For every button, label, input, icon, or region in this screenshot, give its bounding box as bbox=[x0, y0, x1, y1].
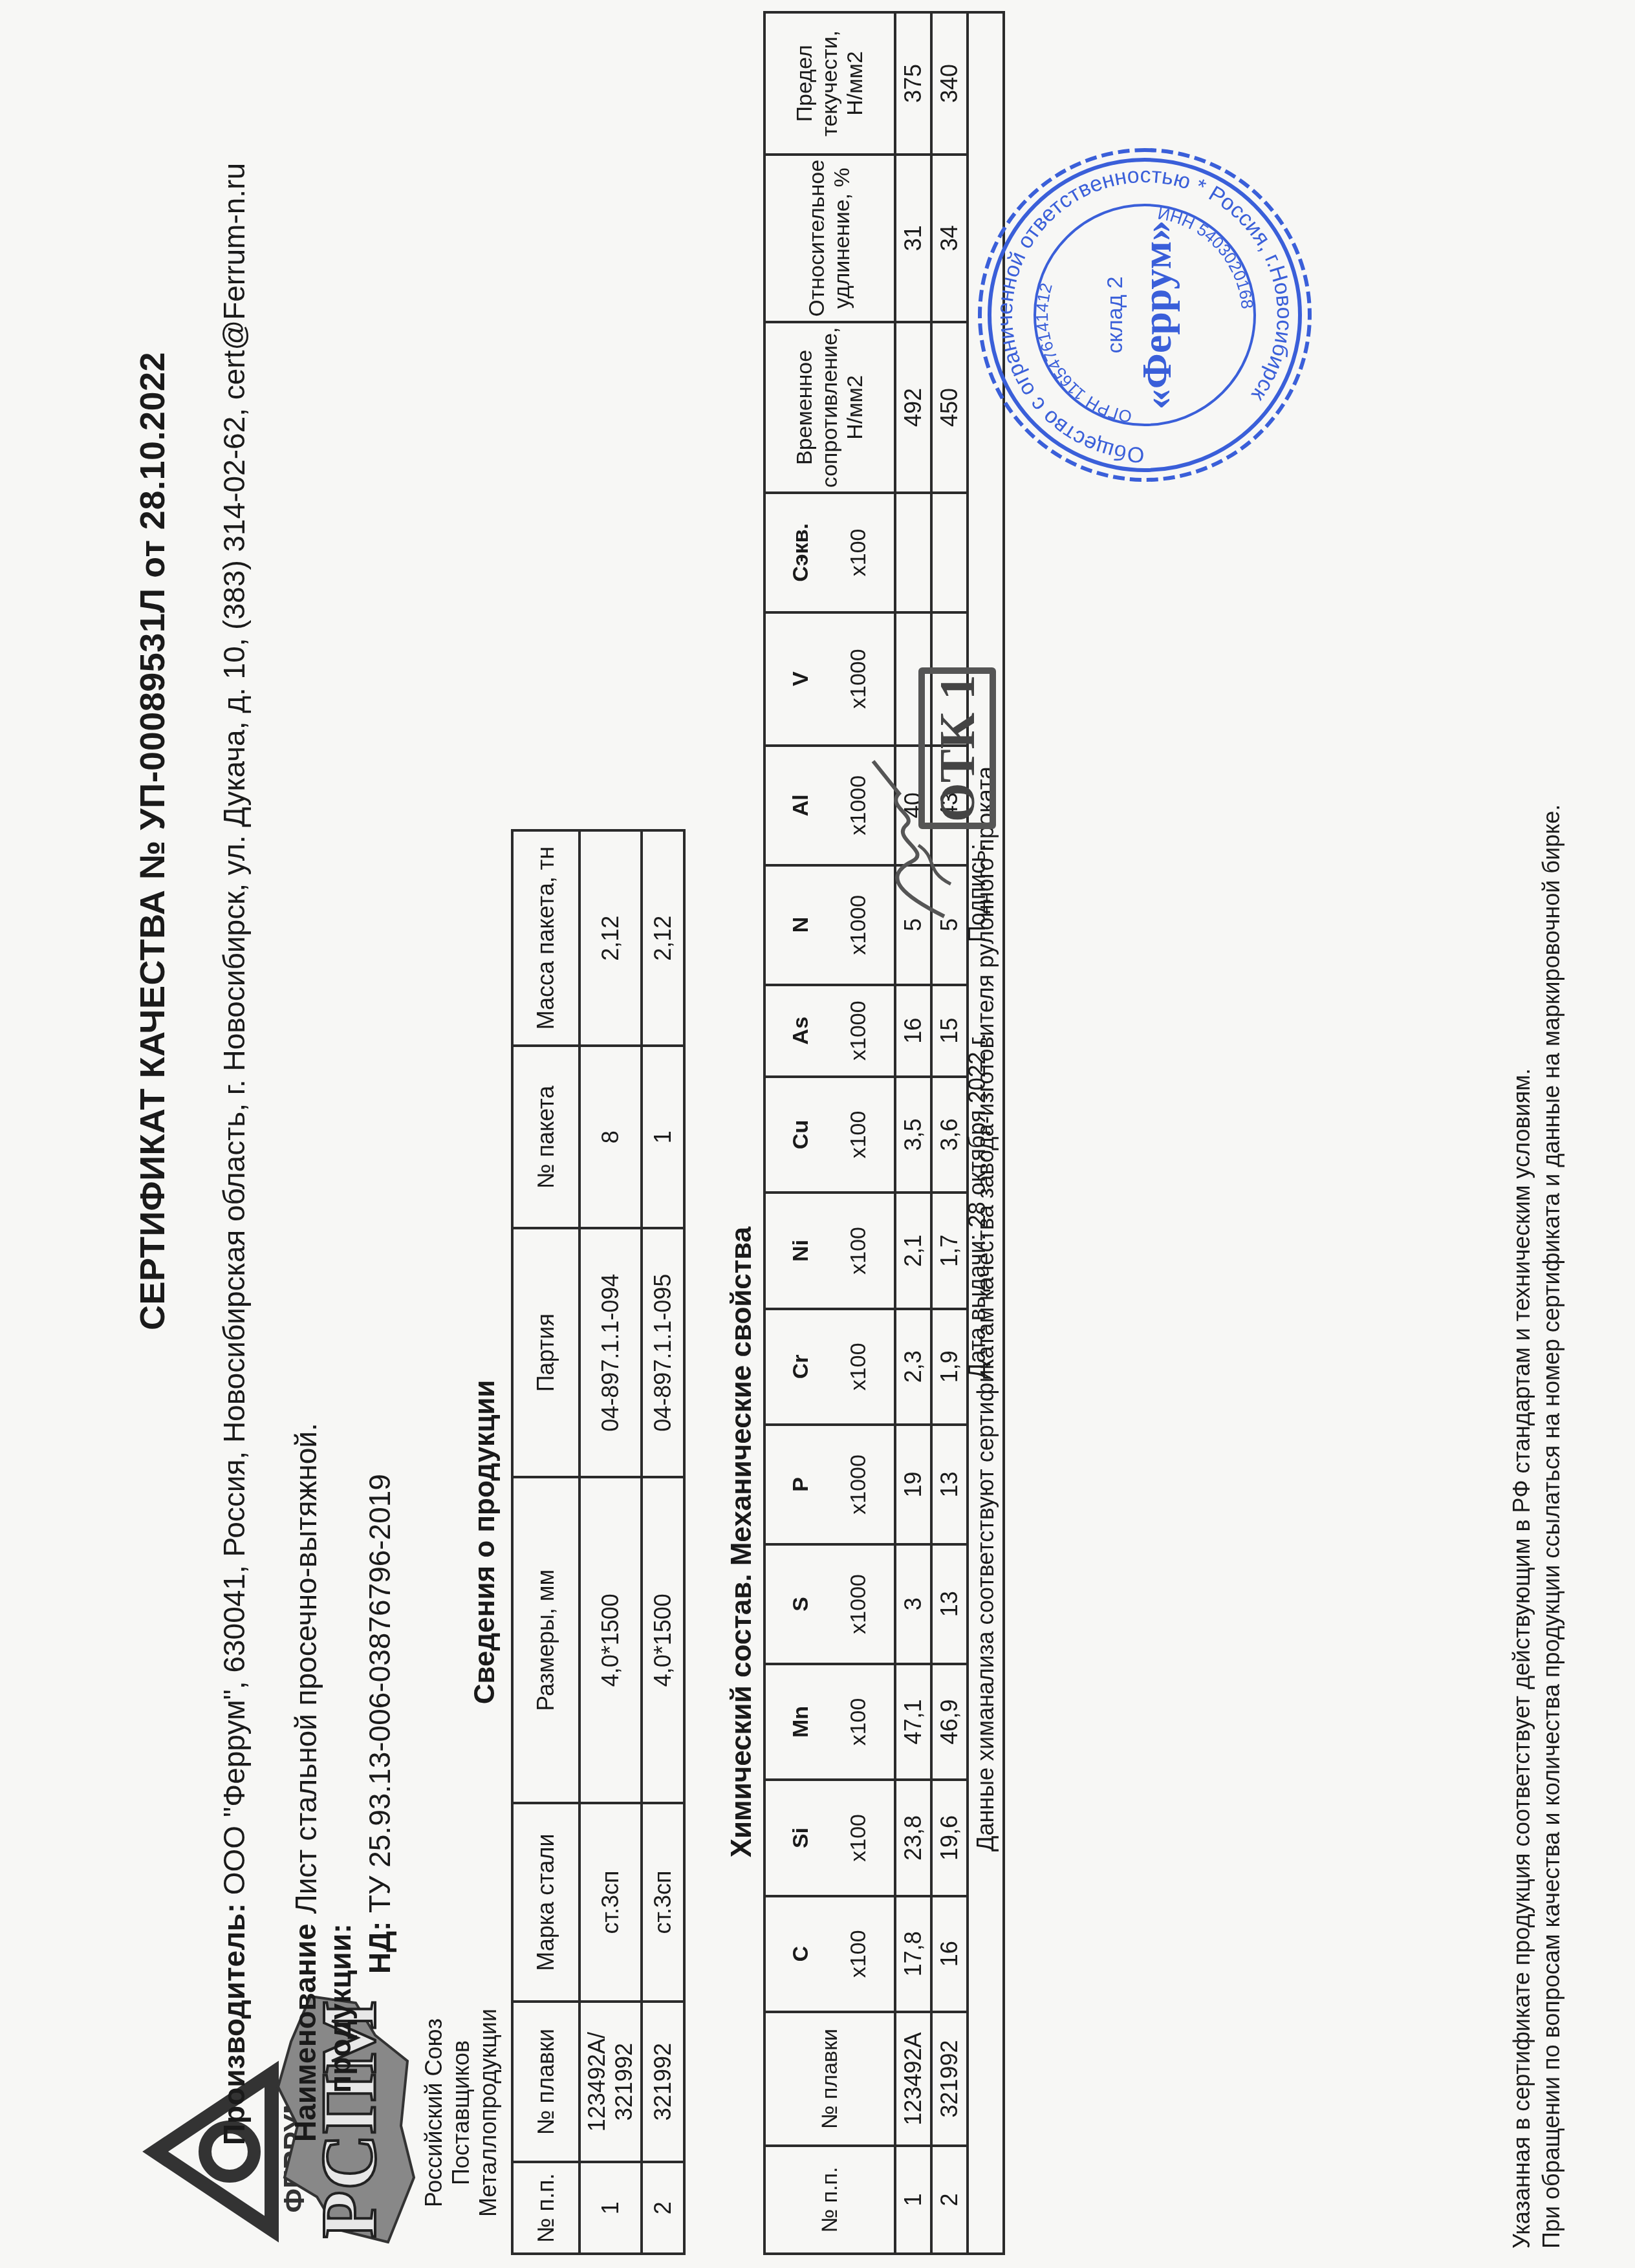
table-cell: 321992 bbox=[642, 2002, 684, 2163]
table-cell: ст.3сп bbox=[579, 1803, 642, 2001]
column-header: № плавки bbox=[512, 2002, 579, 2163]
nd-line: НД: ТУ 25.93.13-006-03876796-2019 bbox=[362, 1474, 397, 1974]
column-header: Vx1000 bbox=[764, 612, 895, 746]
unit-multiplier: x100 bbox=[846, 1785, 871, 1890]
product-name-value: Лист стальной просечно-вытяжной. bbox=[288, 1422, 358, 1914]
column-header: Предел текучести, Н/мм2 bbox=[764, 12, 895, 155]
table-cell: 15 bbox=[931, 985, 968, 1077]
table-cell: 3,5 bbox=[895, 1077, 931, 1193]
nd-value: ТУ 25.93.13-006-03876796-2019 bbox=[363, 1474, 396, 1913]
table-row: 1123492А/ 321992ст.3сп4,0*150004-897.1.1… bbox=[579, 830, 642, 2254]
column-header: № п.п. bbox=[512, 2162, 579, 2254]
column-header: Six100 bbox=[764, 1780, 895, 1895]
table-cell: 2,12 bbox=[579, 830, 642, 1046]
table-row: 1123492А17,823,847,13192,32,13,516540492… bbox=[895, 12, 931, 2254]
column-header: № п.п. bbox=[764, 2146, 895, 2254]
table-cell: 3,6 bbox=[931, 1077, 968, 1193]
column-header: № пакета bbox=[512, 1046, 579, 1228]
table-cell: 16 bbox=[895, 985, 931, 1077]
unit-multiplier: x1000 bbox=[846, 990, 871, 1072]
table-cell: 46,9 bbox=[931, 1664, 968, 1780]
table-cell: 1 bbox=[895, 2146, 931, 2254]
column-header: Сэкв.x100 bbox=[764, 493, 895, 612]
table-cell: 13 bbox=[931, 1544, 968, 1664]
table-cell: ст.3сп bbox=[642, 1803, 684, 2001]
unit-multiplier: x1000 bbox=[846, 618, 871, 740]
table-cell: 321992 bbox=[931, 2012, 968, 2146]
table-cell: 123492А bbox=[895, 2012, 931, 2146]
column-header: Sx1000 bbox=[764, 1544, 895, 1664]
table-cell: 2 bbox=[642, 2162, 684, 2254]
table-cell: 4,0*1500 bbox=[642, 1477, 684, 1803]
table-cell: 31 bbox=[895, 155, 931, 322]
unit-multiplier: x100 bbox=[846, 1314, 871, 1420]
column-header: Asx1000 bbox=[764, 985, 895, 1077]
otk-stamp: ОТК 1 bbox=[918, 667, 996, 829]
column-header: Crx100 bbox=[764, 1309, 895, 1425]
unit-multiplier: x100 bbox=[846, 1082, 871, 1187]
table-cell: 3 bbox=[895, 1544, 931, 1664]
table-cell: 123492А/ 321992 bbox=[579, 2002, 642, 2163]
column-header: Cux100 bbox=[764, 1077, 895, 1193]
table-cell: 04-897.1.1-095 bbox=[642, 1228, 684, 1477]
table-cell: 492 bbox=[895, 322, 931, 493]
chem-mech-title: Химический состав. Механические свойства bbox=[726, 829, 758, 2255]
table-cell: 04-897.1.1-094 bbox=[579, 1228, 642, 1477]
nd-label: НД: bbox=[363, 1921, 396, 1974]
table-row: 23219921619,646,913131,91,73,61554345034… bbox=[931, 12, 968, 2254]
column-header: Cx100 bbox=[764, 1896, 895, 2012]
table-cell: 8 bbox=[579, 1046, 642, 1228]
column-header: Mnx100 bbox=[764, 1664, 895, 1780]
table-cell: 16 bbox=[931, 1896, 968, 2012]
table-cell: 1,7 bbox=[931, 1193, 968, 1308]
column-header: № плавки bbox=[764, 2012, 895, 2146]
column-header: Масса пакета, тн bbox=[512, 830, 579, 1046]
certificate-page: ФЕРРУМ РСПМ Российский Союз Поставщиков … bbox=[0, 0, 1635, 2268]
table-cell: 1 bbox=[579, 2162, 642, 2254]
table-cell: 2,12 bbox=[642, 830, 684, 1046]
table-cell bbox=[895, 493, 931, 612]
footer-notes: Указанная в сертификате продукция соотве… bbox=[1507, 805, 1566, 2249]
table-cell bbox=[931, 493, 968, 612]
column-header: Размеры, мм bbox=[512, 1477, 579, 1803]
product-name-block: Наименование продукции: Лист стальной пр… bbox=[288, 1422, 358, 2142]
table-cell: 450 bbox=[931, 322, 968, 493]
table-cell: 47,1 bbox=[895, 1664, 931, 1780]
table-cell: 17,8 bbox=[895, 1896, 931, 2012]
column-header: Px1000 bbox=[764, 1425, 895, 1544]
certificate-title: СЕРТИФИКАТ КАЧЕСТВА № УП-00089531Л от 28… bbox=[133, 231, 173, 1330]
table-cell: 23,8 bbox=[895, 1780, 931, 1895]
table-cell: 2 bbox=[931, 2146, 968, 2254]
column-header: Nix100 bbox=[764, 1193, 895, 1308]
producer-line: Производитель: ООО "Феррум", 630041, Рос… bbox=[217, 163, 252, 2145]
unit-multiplier: x100 bbox=[846, 1901, 871, 2007]
unit-multiplier: x100 bbox=[846, 498, 871, 607]
table-cell: 4,0*1500 bbox=[579, 1477, 642, 1803]
unit-multiplier: x1000 bbox=[846, 1430, 871, 1539]
svg-text:склад 2: склад 2 bbox=[1103, 276, 1127, 353]
signature-label: Подпись: bbox=[964, 844, 991, 942]
table-cell: 19 bbox=[895, 1425, 931, 1544]
table-cell: 13 bbox=[931, 1425, 968, 1544]
table-cell: 340 bbox=[931, 12, 968, 155]
unit-multiplier: x100 bbox=[846, 1198, 871, 1303]
table-cell: 19,6 bbox=[931, 1780, 968, 1895]
company-seal-icon: Общество с ограниченной ответственностью… bbox=[970, 140, 1319, 490]
column-header: Временное сопротивление, Н/мм2 bbox=[764, 322, 895, 493]
producer-value: ООО "Феррум", 630041, Россия, Новосибирс… bbox=[217, 163, 251, 1895]
product-info-table: № п.п.№ плавкиМарка сталиРазмеры, ммПарт… bbox=[511, 829, 686, 2255]
table-cell: 1 bbox=[642, 1046, 684, 1228]
producer-label: Производитель: bbox=[217, 1903, 251, 2145]
column-header: Относительное удлинение, % bbox=[764, 155, 895, 322]
svg-text:«Феррум»: «Феррум» bbox=[1134, 221, 1180, 409]
table-row: 2321992ст.3сп4,0*150004-897.1.1-09512,12 bbox=[642, 830, 684, 2254]
table-cell: 2,1 bbox=[895, 1193, 931, 1308]
table-cell: 2,3 bbox=[895, 1309, 931, 1425]
column-header: Марка стали bbox=[512, 1803, 579, 2001]
column-header: Партия bbox=[512, 1228, 579, 1477]
unit-multiplier: x1000 bbox=[846, 1550, 871, 1659]
issue-date: Дата выдачи: 28 октября 2022 г. bbox=[964, 1033, 991, 1379]
table-cell: 1,9 bbox=[931, 1309, 968, 1425]
unit-multiplier: x100 bbox=[846, 1669, 871, 1775]
product-info-title: Сведения о продукции bbox=[469, 829, 501, 2255]
table-cell: 375 bbox=[895, 12, 931, 155]
table-cell: 34 bbox=[931, 155, 968, 322]
